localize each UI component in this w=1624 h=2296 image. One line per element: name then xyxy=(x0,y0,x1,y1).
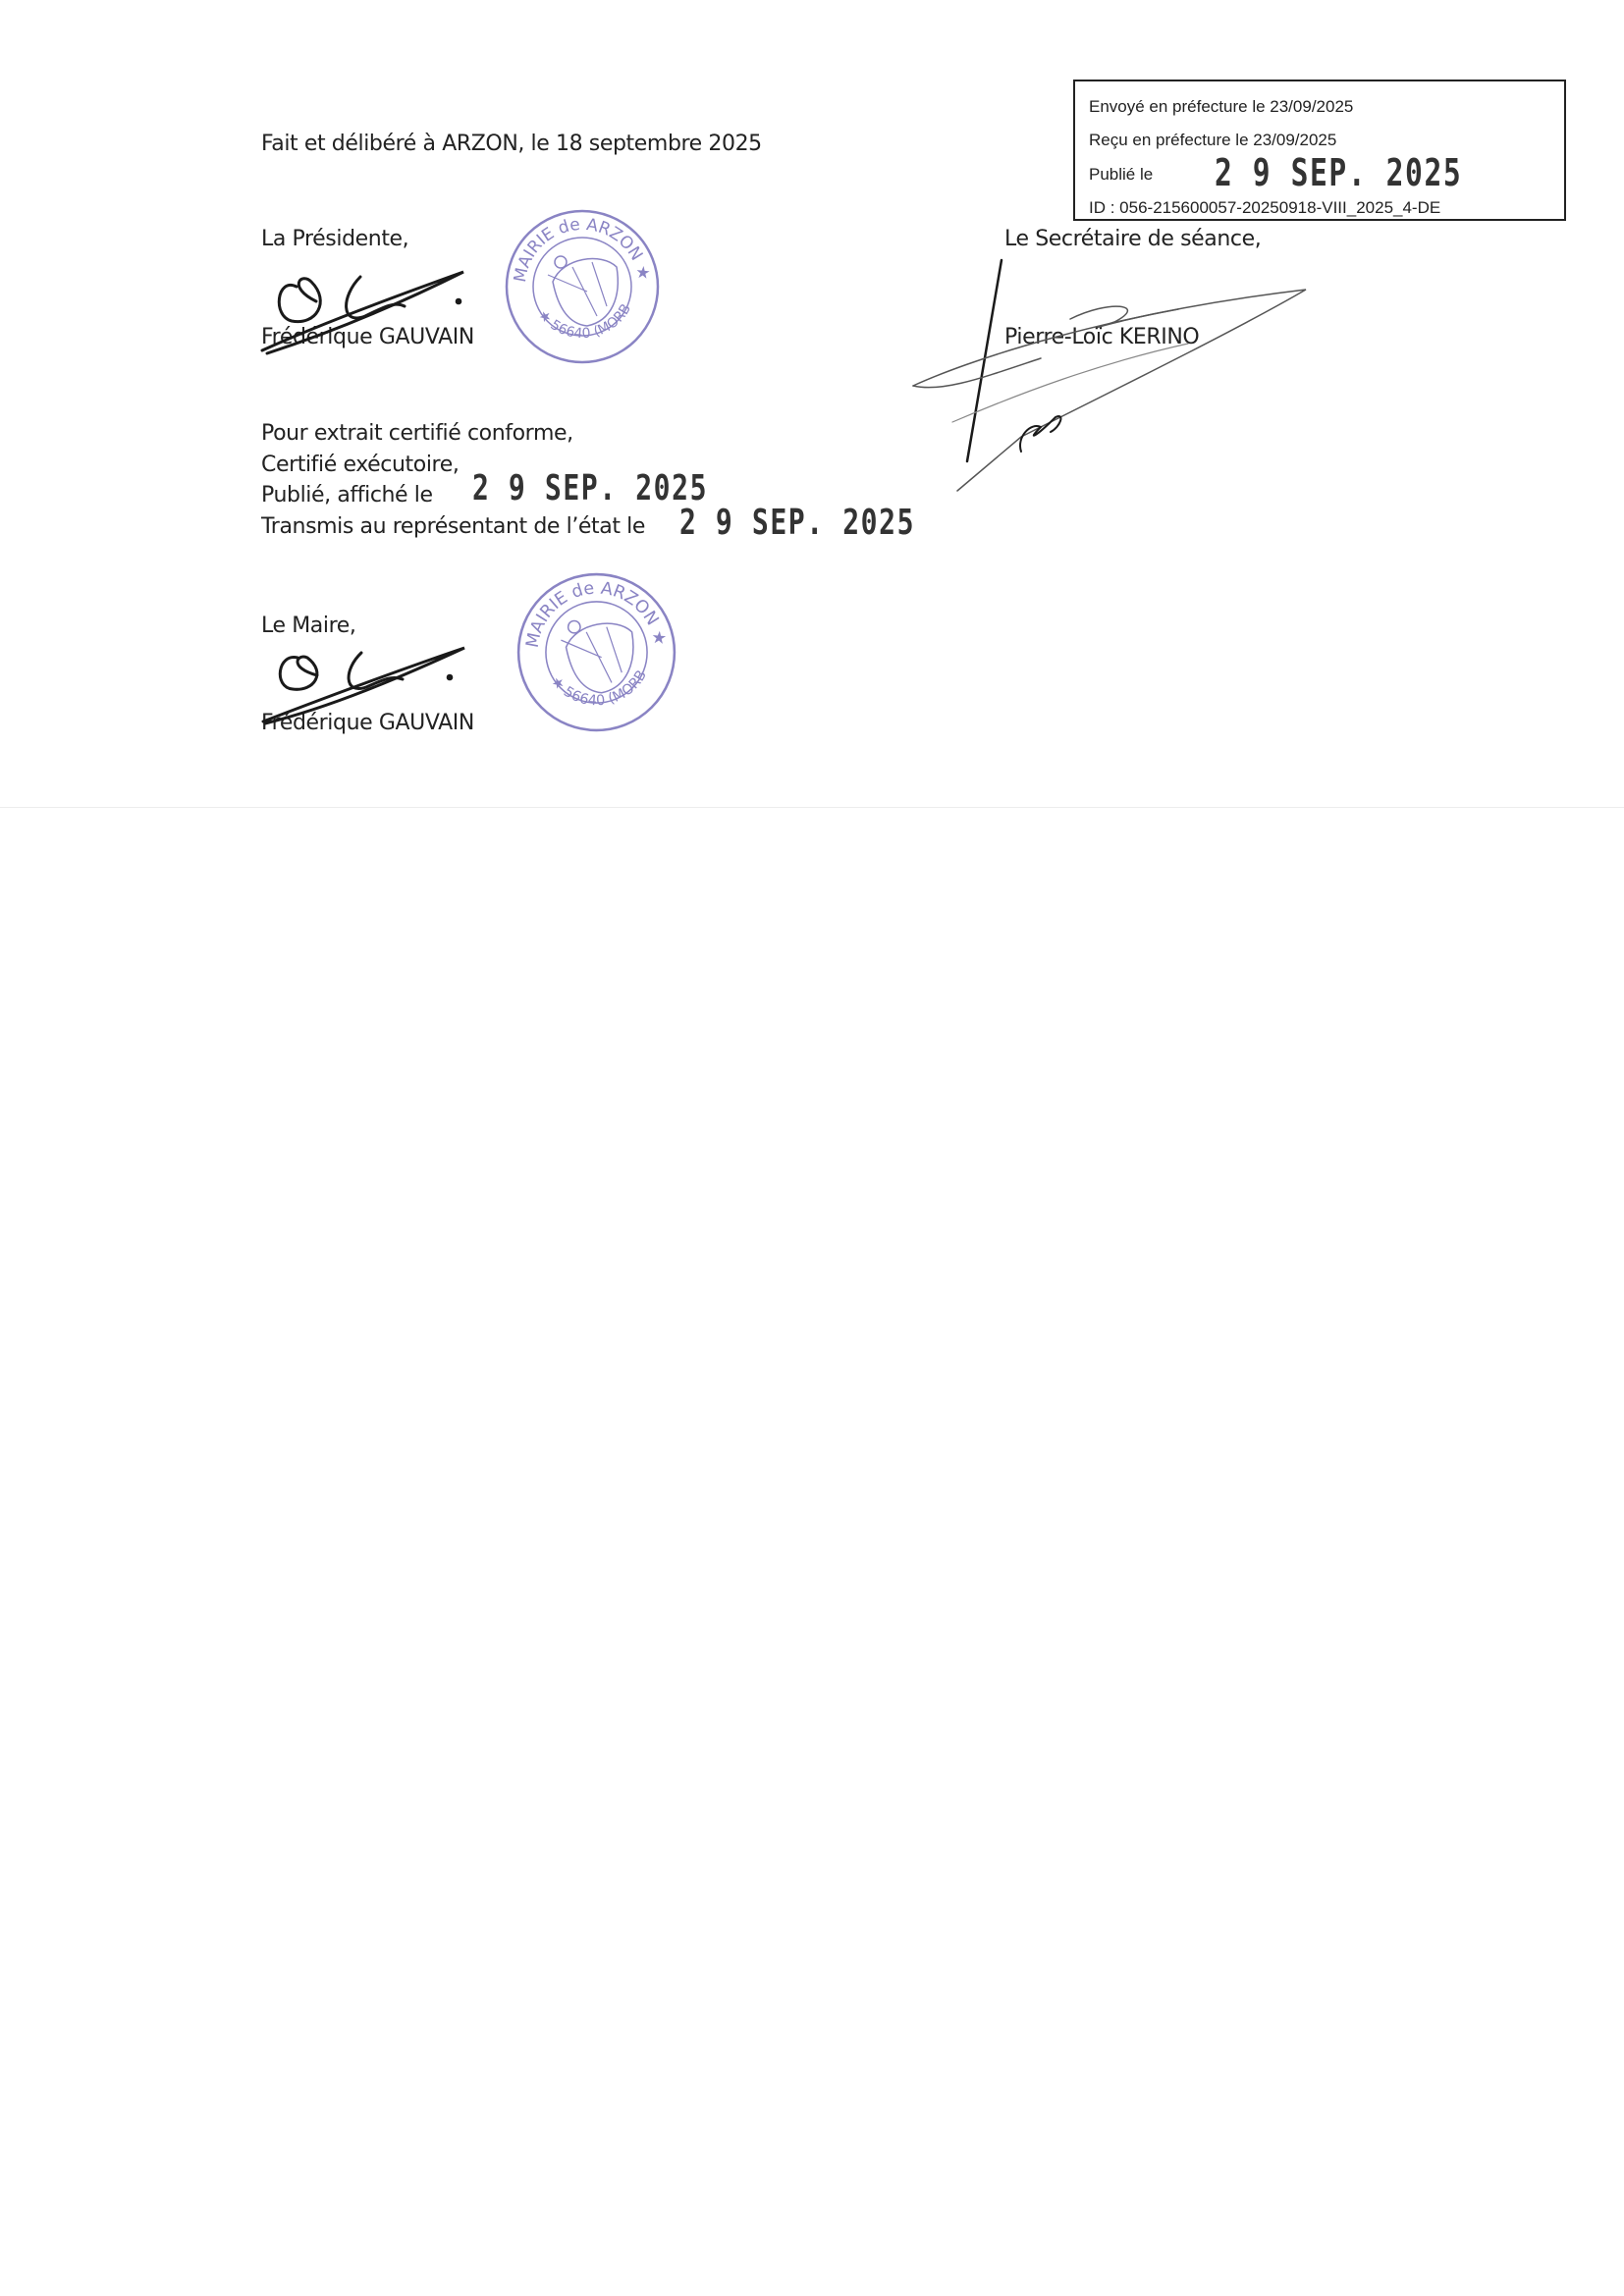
mairie-seal-icon: MAIRIE de ARZON ★ ★ 56640 (MORBIHAN) xyxy=(504,208,661,365)
certification-line-1: Pour extrait certifié conforme, xyxy=(261,423,573,445)
place-date-line: Fait et délibéré à ARZON, le 18 septembr… xyxy=(261,133,762,155)
secretary-signature-icon xyxy=(903,255,1316,501)
transmitted-date-stamp: 2 9 SEP. 2025 xyxy=(679,506,915,541)
published-posted-date-stamp: 2 9 SEP. 2025 xyxy=(472,471,708,507)
certification-line-3-label: Publié, affiché le xyxy=(261,485,433,507)
svg-text:MAIRIE de ARZON ★: MAIRIE de ARZON ★ xyxy=(523,579,671,650)
certification-line-4-label: Transmis au représentant de l’état le xyxy=(261,516,645,538)
document-id: ID : 056-215600057-20250918-VIII_2025_4-… xyxy=(1089,199,1440,216)
mairie-seal-icon: MAIRIE de ARZON ★ ★ 56640 (MORBIHAN) xyxy=(515,571,677,733)
mayor-signature-icon xyxy=(253,628,479,726)
published-date-stamp: 2 9 SEP. 2025 xyxy=(1215,154,1462,191)
prefecture-stamp-box: Envoyé en préfecture le 23/09/2025 Reçu … xyxy=(1073,80,1566,221)
scan-divider xyxy=(0,807,1624,808)
sent-to-prefecture: Envoyé en préfecture le 23/09/2025 xyxy=(1089,98,1353,115)
certification-line-2: Certifié exécutoire, xyxy=(261,454,459,476)
received-in-prefecture: Reçu en préfecture le 23/09/2025 xyxy=(1089,132,1336,148)
published-label: Publié le xyxy=(1089,166,1153,183)
svg-text:MAIRIE de ARZON ★: MAIRIE de ARZON ★ xyxy=(511,215,654,284)
secretary-title: Le Secrétaire de séance, xyxy=(1004,229,1261,250)
president-signature-icon xyxy=(257,247,483,355)
